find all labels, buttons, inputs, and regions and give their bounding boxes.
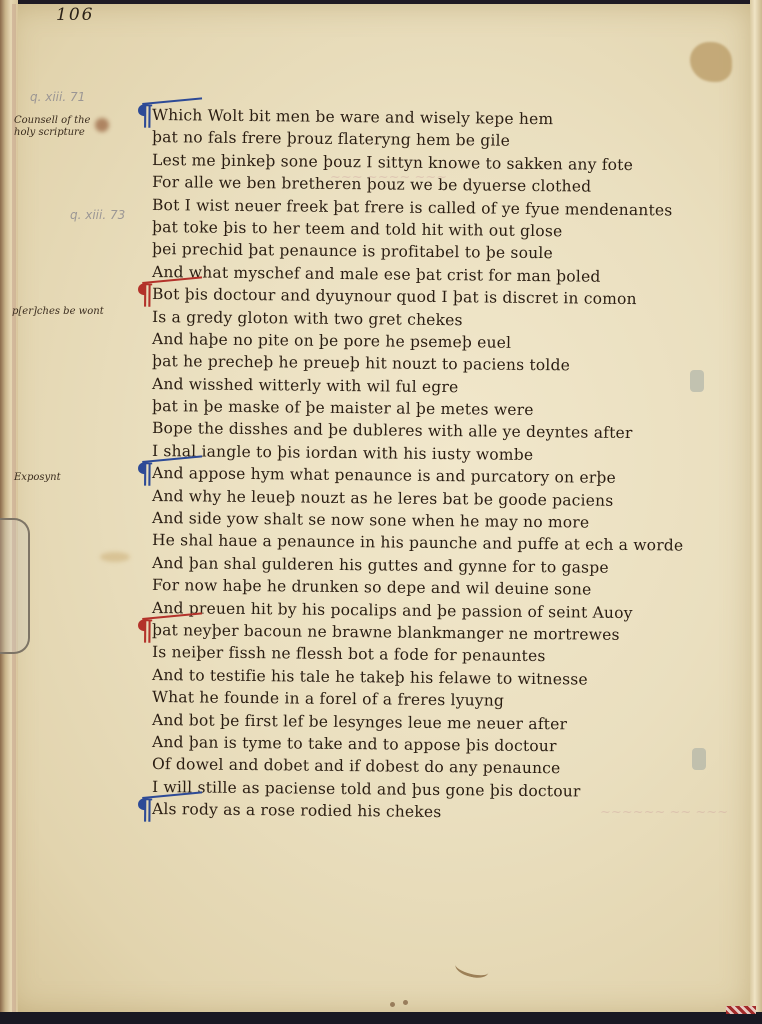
text-line-content: And what myschef and male ese þat crist …	[152, 263, 601, 286]
text-line-content: þat in þe maske of þe maister al þe mete…	[152, 397, 534, 419]
text-line-content: Which Wolt bit men be ware and wisely ke…	[152, 106, 554, 128]
speck	[403, 1000, 408, 1005]
text-line-content: And why he leueþ nouzt as he leres bat b…	[152, 487, 614, 510]
paraph-mark-icon: ¶	[136, 796, 154, 824]
text-line-content: For alle we ben bretheren þouz we be dyu…	[152, 173, 591, 196]
text-line-content: And haþe no pite on þe pore he psemeþ eu…	[152, 330, 511, 352]
text-line-content: For now haþe he drunken so depe and wil …	[152, 576, 592, 599]
binding-bottom	[0, 1012, 762, 1024]
margin-note-line: holy scripture	[14, 127, 90, 139]
text-line-content: Bope the disshes and þe dubleres with al…	[152, 419, 633, 442]
page-clip	[0, 518, 30, 654]
pencil-note: q. xiii. 71	[30, 90, 85, 104]
text-line-content: þat he precheþ he preueþ hit nouzt to pa…	[152, 352, 570, 374]
text-line-content: þat neyþer bacoun ne brawne blankmanger …	[152, 621, 620, 644]
text-line-content: And bot þe first lef be lesynges leue me…	[152, 711, 567, 733]
margin-note-line: p[er]ches be wont	[12, 306, 104, 318]
manuscript-text: ¶Which Wolt bit men be ware and wisely k…	[152, 104, 752, 821]
margin-note-line: Counsell of the	[14, 115, 90, 127]
text-line-content: Bot þis doctour and dyuynour quod I þat …	[152, 285, 637, 308]
page-edge-line	[12, 4, 16, 1014]
text-line-content: What he founde in a forel of a freres ly…	[152, 688, 504, 710]
text-line-content: þei prechid þat penaunce is profitabel t…	[152, 240, 553, 262]
text-line-content: Of dowel and dobet and if dobest do any …	[152, 755, 561, 777]
red-binding-thread	[726, 1006, 756, 1014]
text-line-content: And appose hym what penaunce is and purc…	[152, 464, 616, 487]
text-line-content: And to testifie his tale he takeþ his fe…	[152, 666, 588, 689]
pencil-note: q. xiii. 73	[70, 208, 125, 222]
text-line-content: And þan is tyme to take and to appose þi…	[152, 733, 557, 755]
text-line-content: And preuen hit by his pocalips and þe pa…	[152, 599, 633, 622]
text-line-content: Bot I wist neuer freek þat frere is call…	[152, 196, 673, 219]
speck	[390, 1002, 395, 1007]
text-line-content: And wisshed witterly with wil ful egre	[152, 375, 459, 396]
text-line-content: þat no fals frere þrouz flateryng hem be…	[152, 128, 510, 150]
text-line-content: Lest me þinkeþ sone þouz I sittyn knowe …	[152, 151, 633, 174]
ink-blot	[95, 118, 109, 132]
paraph-mark-icon: ¶	[136, 281, 154, 309]
text-line-content: Is neiþer fissh ne flessh bot a fode for…	[152, 643, 546, 665]
margin-note: Counsell of the holy scripture	[14, 115, 90, 139]
text-line-content: Is a gredy gloton with two gret chekes	[152, 308, 463, 329]
folio-number: 106	[56, 5, 94, 25]
text-line-content: And þan shal gulderen his guttes and gyn…	[152, 554, 609, 577]
text-line-content: And side yow shalt se now sone when he m…	[152, 509, 590, 532]
margin-note: p[er]ches be wont	[12, 306, 104, 318]
text-line-content: I shal iangle to þis iordan with his ius…	[152, 442, 533, 464]
text-line-content: I will stille as paciense told and þus g…	[152, 778, 581, 800]
margin-note: Exposynt	[14, 472, 61, 484]
foxing-stain	[100, 552, 130, 562]
text-line-content: Als rody as a rose rodied his chekes	[152, 800, 442, 821]
text-line-content: þat toke þis to her teem and told hit wi…	[152, 218, 563, 240]
margin-note-line: Exposynt	[14, 472, 61, 484]
text-line-content: He shal haue a penaunce in his paunche a…	[152, 531, 684, 555]
